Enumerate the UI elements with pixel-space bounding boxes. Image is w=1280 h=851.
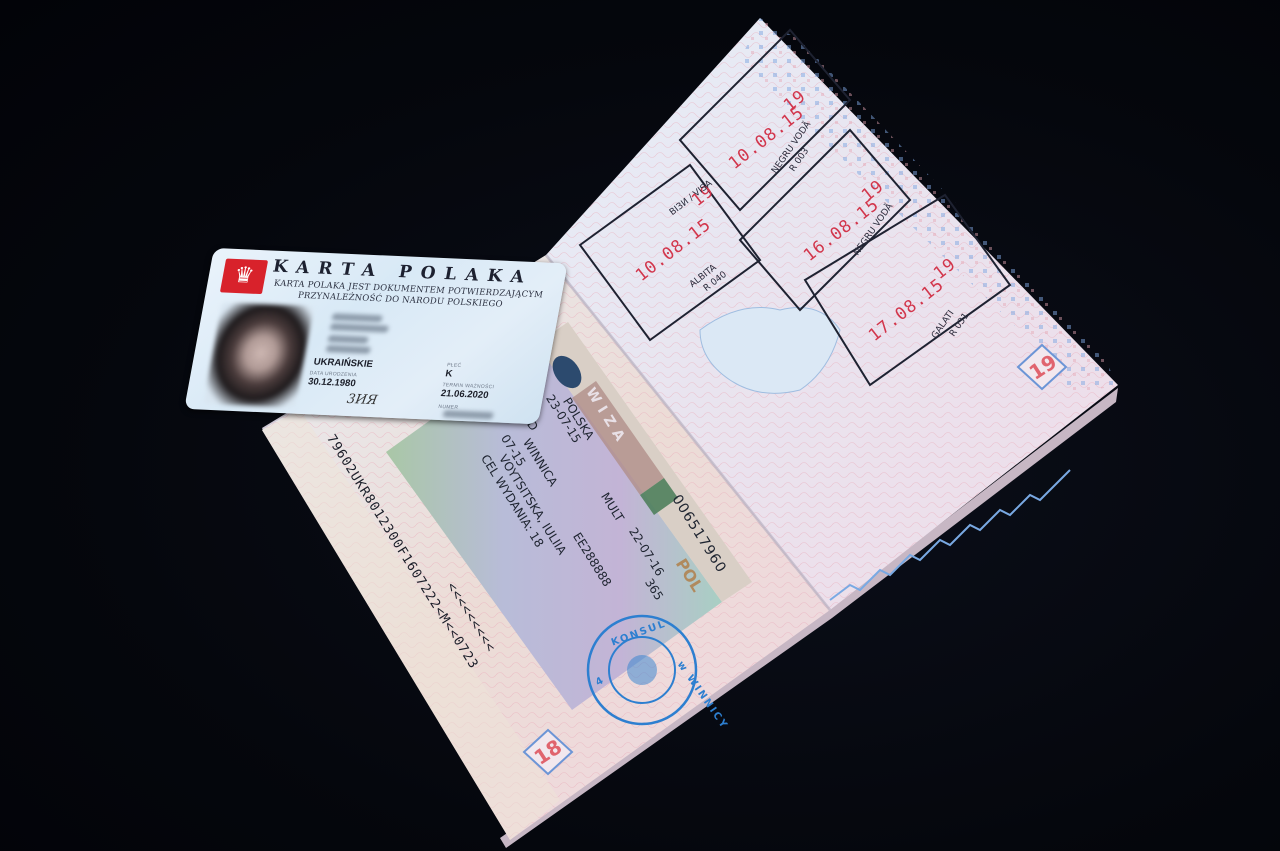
karta-polaka-card: ♛ KARTA POLAKA KARTA POLAKA JEST DOKUMEN… bbox=[184, 248, 567, 424]
holder-photo-blurred bbox=[203, 302, 314, 407]
redacted-name-2 bbox=[326, 345, 371, 354]
redacted-surname bbox=[332, 313, 383, 322]
passport-illustration bbox=[0, 0, 1280, 851]
expiry-value: 21.06.2020 bbox=[440, 388, 490, 401]
polish-eagle-icon: ♛ bbox=[229, 262, 260, 289]
birth-date-value: 30.12.1980 bbox=[307, 376, 357, 389]
sex-value: K bbox=[444, 368, 453, 379]
holder-signature: 3ИЯ bbox=[346, 392, 379, 408]
citizenship-value: UKRAIŃSKIE bbox=[313, 356, 374, 370]
redacted-surname-2 bbox=[330, 323, 389, 332]
redacted-name bbox=[327, 335, 368, 344]
redacted-card-number bbox=[442, 410, 493, 419]
